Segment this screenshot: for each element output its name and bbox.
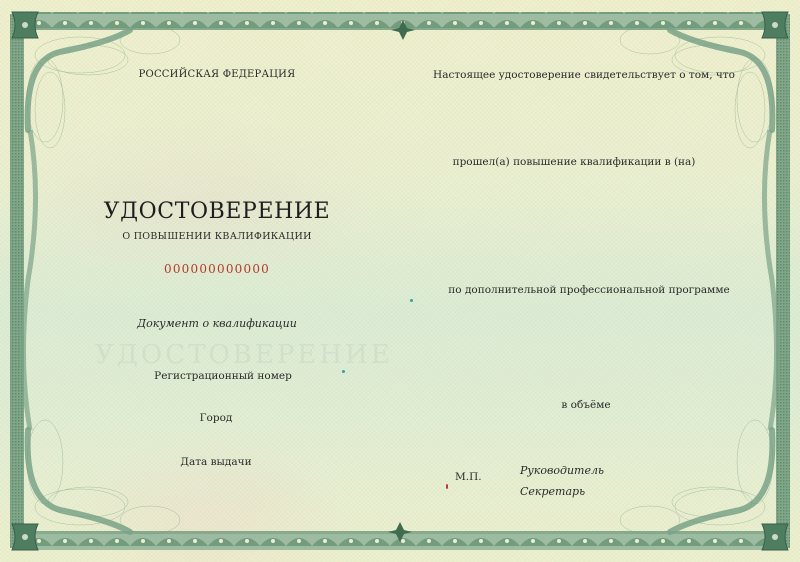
country-label: РОССИЙСКАЯ ФЕДЕРАЦИЯ [139,69,296,80]
teal-ink-speck [410,299,413,302]
issue-date-label: Дата выдачи [180,456,251,468]
document-subtitle: О ПОВЫШЕНИИ КВАЛИФИКАЦИИ [122,231,311,242]
teal-ink-speck [342,370,345,373]
watermark-text: УДОСТОВЕРЕНИЕ [95,340,393,370]
head-signature-label: Руководитель [520,464,604,477]
secretary-signature-label: Секретарь [520,485,585,498]
document-qualification-label: Документ о квалификации [137,317,297,330]
city-label: Город [200,412,233,424]
red-ink-speck [446,484,448,489]
intro-statement: Настоящее удостоверение свидетельствует … [433,69,735,81]
completed-training-label: прошел(а) повышение квалификации в (на) [453,156,696,168]
document-title: УДОСТОВЕРЕНИЕ [104,199,331,224]
guilloche-frame [0,0,800,562]
serial-number: 000000000000 [164,262,270,276]
stamp-placeholder-label: М.П. [455,471,482,483]
registration-number-label: Регистрационный номер [154,370,292,382]
program-label: по дополнительной профессиональной прогр… [448,284,729,296]
volume-label: в объёме [561,399,610,411]
